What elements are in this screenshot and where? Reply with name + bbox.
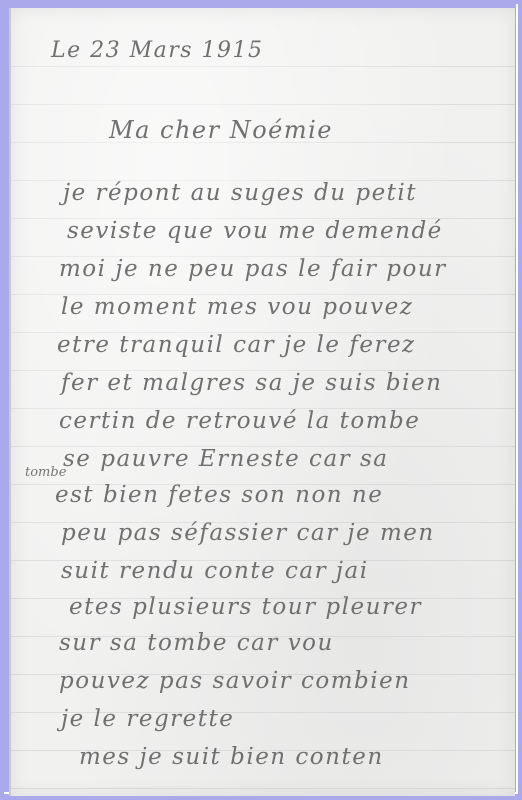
letter-line: fer et malgres sa je suis bien bbox=[61, 370, 442, 396]
letter-page: Le 23 Mars 1915 Ma cher Noémie tombe je … bbox=[9, 8, 515, 796]
letter-line: est bien fetes son non ne bbox=[55, 482, 383, 508]
letter-line: etre tranquil car je le ferez bbox=[57, 332, 416, 358]
letter-date: Le 23 Mars 1915 bbox=[51, 38, 264, 63]
letter-line: seviste que vou me demendé bbox=[67, 218, 443, 244]
margin-note: tombe bbox=[25, 465, 66, 480]
letter-line: mes je suit bien conten bbox=[79, 744, 384, 770]
letter-line: je répont au suges du petit bbox=[63, 180, 417, 206]
letter-line: sur sa tombe car vou bbox=[59, 630, 334, 656]
letter-line: se pauvre Erneste car sa bbox=[63, 446, 388, 472]
letter-line: je le regrette bbox=[61, 706, 234, 732]
letter-line: pouvez pas savoir combien bbox=[59, 668, 411, 694]
letter-line: moi je ne peu pas le fair pour bbox=[59, 256, 447, 282]
letter-salutation: Ma cher Noémie bbox=[109, 116, 333, 144]
letter-line: certin de retrouvé la tombe bbox=[59, 408, 420, 434]
letter-line: suit rendu conte car jai bbox=[61, 558, 369, 584]
image-frame: Le 23 Mars 1915 Ma cher Noémie tombe je … bbox=[4, 4, 518, 794]
letter-line: etes plusieurs tour pleurer bbox=[69, 594, 422, 620]
letter-line: peu pas séfassier car je men bbox=[61, 520, 435, 546]
letter-line: le moment mes vou pouvez bbox=[61, 294, 413, 320]
